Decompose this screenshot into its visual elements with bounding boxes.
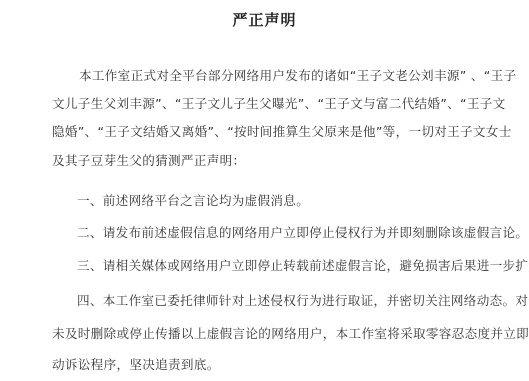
document-title: 严正声明 [0, 9, 529, 30]
intro-line-3: 隐婚”、“王子文结婚又离婚”、“按时间推算生父原来是他”等，一切对王子文女士 [52, 121, 512, 140]
intro-line-4: 及其子豆芽生父的猜测严正声明： [52, 150, 245, 169]
closing-line-1: 四、本工作室已委托律师针对上述侵权行为进行取证，并密切关注网络动态。对于 [77, 290, 529, 309]
point-item-1: 一、前述网络平台之言论均为虚假消息。 [77, 190, 309, 209]
point-item-3: 三、请相关媒体或网络用户立即停止转载前述虚假言论，避免损害后果进一步扩大。 [77, 255, 529, 274]
statement-document: 严正声明 本工作室正式对全平台部分网络用户发布的诸如“王子文老公刘丰源” 、“王… [0, 0, 529, 381]
intro-line-2: 文儿子生父刘丰源”、“王子文儿子生父曝光”、“王子文与富二代结婚”、“王子文 [52, 93, 506, 112]
intro-line-1: 本工作室正式对全平台部分网络用户发布的诸如“王子文老公刘丰源” 、“王子 [79, 65, 516, 84]
closing-line-2: 未及时删除或停止传播以上虚假言论的网络用户，本工作室将采取零容忍态度并立即启 [52, 323, 529, 342]
closing-line-3: 动诉讼程序，坚决追责到底。 [52, 354, 220, 373]
point-item-2: 二、请发布前述虚假信息的网络用户立即停止侵权行为并即刻删除该虚假言论。 [77, 222, 528, 241]
